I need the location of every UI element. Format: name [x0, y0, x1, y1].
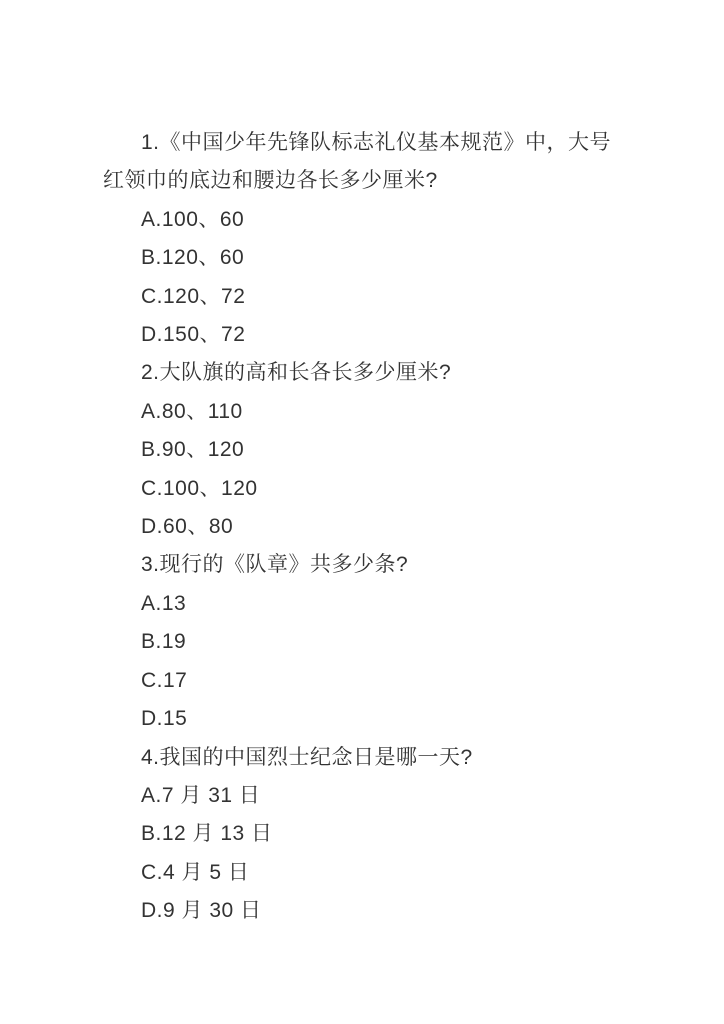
option: D.150、72	[103, 316, 625, 354]
option: C.100、120	[103, 470, 625, 508]
option: C.120、72	[103, 278, 625, 316]
option: B.19	[103, 623, 625, 661]
option: C.4 月 5 日	[103, 854, 625, 892]
document-body: 1.《中国少年先锋队标志礼仪基本规范》中，大号红领巾的底边和腰边各长多少厘米? …	[103, 124, 625, 931]
option: D.15	[103, 700, 625, 738]
option: C.17	[103, 662, 625, 700]
option: A.13	[103, 585, 625, 623]
question-text: 1.《中国少年先锋队标志礼仪基本规范》中，大号红领巾的底边和腰边各长多少厘米?	[103, 124, 625, 201]
option: A.100、60	[103, 201, 625, 239]
option: A.7 月 31 日	[103, 777, 625, 815]
question-text: 2.大队旗的高和长各长多少厘米?	[103, 354, 625, 392]
question-block-4: 4.我国的中国烈士纪念日是哪一天? A.7 月 31 日 B.12 月 13 日…	[103, 739, 625, 931]
option: A.80、110	[103, 393, 625, 431]
option: D.9 月 30 日	[103, 892, 625, 930]
question-text: 4.我国的中国烈士纪念日是哪一天?	[103, 739, 625, 777]
option: B.120、60	[103, 239, 625, 277]
question-text: 3.现行的《队章》共多少条?	[103, 546, 625, 584]
question-block-1: 1.《中国少年先锋队标志礼仪基本规范》中，大号红领巾的底边和腰边各长多少厘米? …	[103, 124, 625, 354]
document-page: 1.《中国少年先锋队标志礼仪基本规范》中，大号红领巾的底边和腰边各长多少厘米? …	[0, 0, 724, 1024]
option: B.90、120	[103, 431, 625, 469]
option: D.60、80	[103, 508, 625, 546]
question-block-3: 3.现行的《队章》共多少条? A.13 B.19 C.17 D.15	[103, 546, 625, 738]
question-block-2: 2.大队旗的高和长各长多少厘米? A.80、110 B.90、120 C.100…	[103, 354, 625, 546]
option: B.12 月 13 日	[103, 815, 625, 853]
